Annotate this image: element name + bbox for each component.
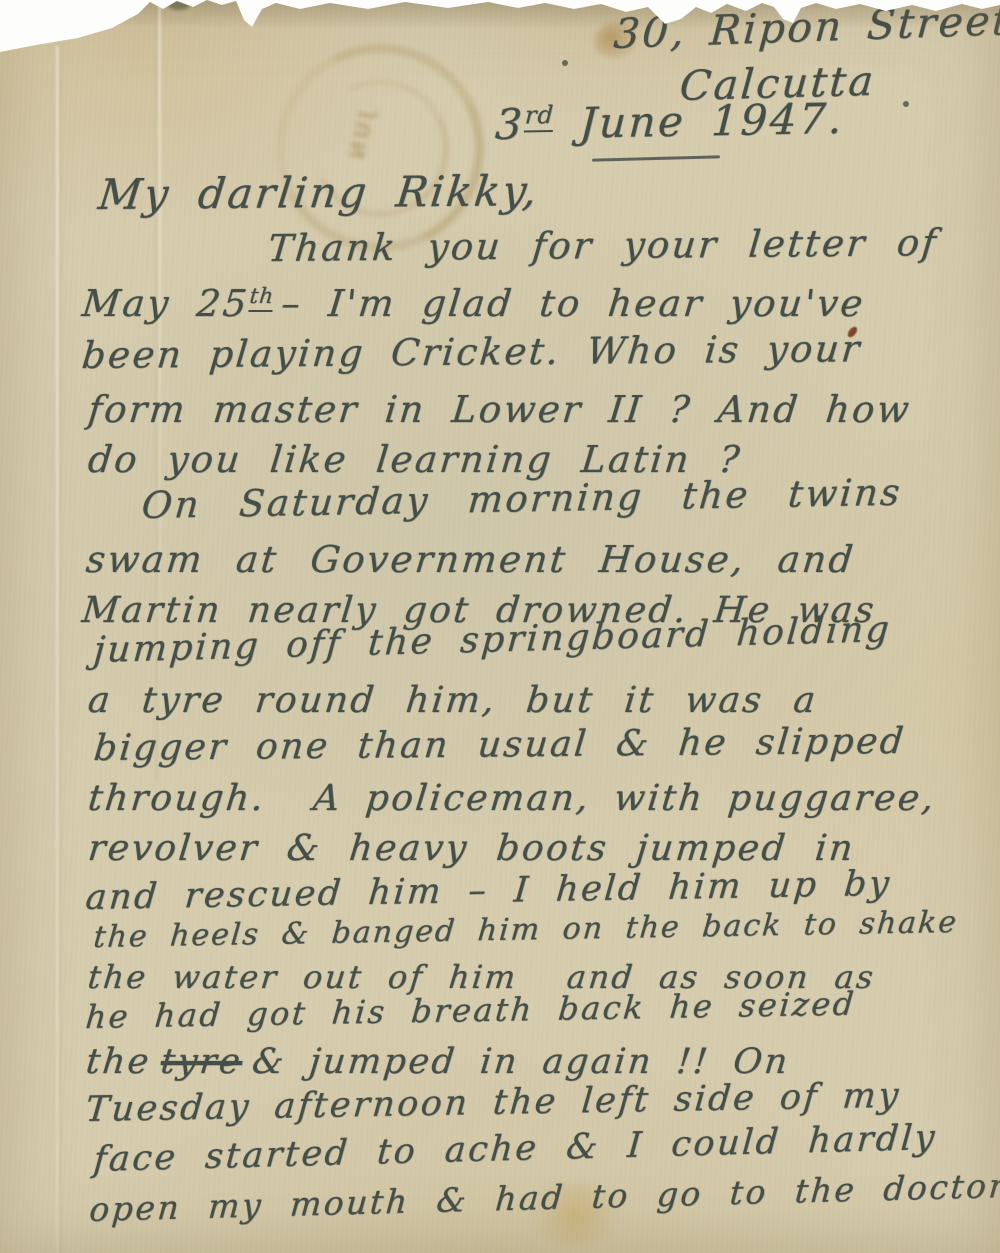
date-day: 3 — [494, 99, 526, 149]
letter-paper: JUN 30, Ripon Street Calcutta 3rdJune 19… — [0, 0, 1000, 1253]
fold-crease-left — [56, 46, 59, 1253]
line-segment: May 25 — [80, 282, 251, 325]
address-line-1: 30, Ripon Street — [612, 0, 1000, 58]
salutation: My darling Rikky, — [96, 166, 542, 219]
ink-dot — [562, 60, 568, 66]
letter-line: form master in Lower II ? And how — [86, 388, 914, 431]
letter-line: Thank you for your letter of — [266, 221, 940, 270]
struck-word: tyre — [159, 1042, 245, 1082]
line-superscript: th — [248, 284, 275, 312]
postmark-text: JUN — [344, 109, 378, 164]
date-rest: June 1947. — [578, 94, 845, 148]
scanned-letter: JUN 30, Ripon Street Calcutta 3rdJune 19… — [0, 0, 1000, 1253]
line-segment: & jumped in again !! On — [250, 1042, 792, 1082]
date-underline — [592, 155, 720, 161]
letter-line: swam at Government House, and — [84, 538, 857, 581]
letter-line: revolver & heavy boots jumped in — [86, 828, 857, 869]
letter-line: thetyre& jumped in again !! On — [84, 1042, 792, 1082]
line-segment: – I'm glad to hear you've — [279, 282, 867, 325]
letter-line: a tyre round him, but it was a — [86, 680, 820, 721]
ink-dot — [903, 101, 909, 107]
letter-line: been playing Cricket. Who is your — [80, 327, 864, 377]
date-line: 3rdJune 1947. — [494, 94, 845, 149]
letter-line: bigger one than usual & he slipped — [92, 721, 908, 769]
letter-line: through. A policeman, with puggaree, — [86, 778, 938, 819]
line-segment: the — [84, 1042, 153, 1082]
letter-line: May 25th– I'm glad to hear you've — [80, 282, 867, 325]
date-ordinal: rd — [524, 100, 555, 133]
stain-torn-edge — [168, 0, 190, 10]
